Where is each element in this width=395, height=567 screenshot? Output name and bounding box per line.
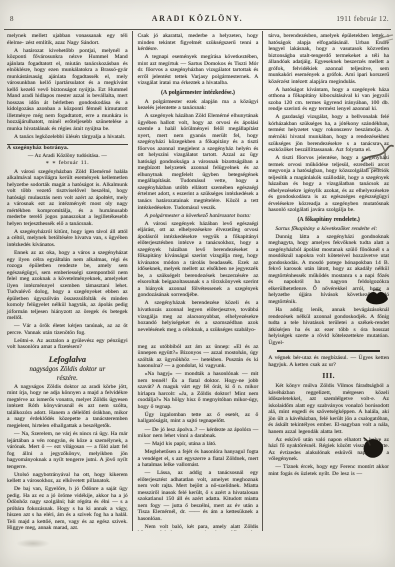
paragraph: Dunnig látta a szegényházi gondnoknak me… bbox=[268, 234, 389, 306]
seizure-notice-title: Lefoglalva bbox=[7, 355, 128, 365]
paragraph: Úgy izgalomban tette az ő esetét, az ő h… bbox=[138, 412, 259, 425]
article-headline: A szegényház botránya. bbox=[7, 145, 128, 152]
section-subhead: (A polgármester intézkedése.) bbox=[138, 90, 259, 97]
seizure-notice-line: részére. bbox=[7, 375, 128, 383]
paragraph: — Majd kis papír, utána a látó. bbox=[138, 441, 259, 448]
paragraph: A szegényházról kitünt, hogy igen távol … bbox=[7, 229, 128, 249]
paragraph: A polgármester ezek alapján ma a közügyi… bbox=[138, 99, 259, 112]
paragraph: A határozat kivehetőbb pontjai, melynél … bbox=[7, 48, 128, 133]
section-subhead: (A főkapitány rendelete.) bbox=[268, 217, 389, 224]
paragraph: Nem volt baló, két para, amely alatt Zöl… bbox=[138, 524, 259, 531]
paragraph: Az esküvő után való napon elhatott a hel… bbox=[268, 437, 389, 463]
paragraph: A polgármester a következő határozatot h… bbox=[138, 213, 259, 220]
chapter-number: III. bbox=[268, 372, 389, 381]
paragraph: Meglehetősen a fejét és hasonlóra hanyag… bbox=[138, 449, 259, 469]
paragraph: Két könyv múlva Zöldis Vilmos fáradtságb… bbox=[268, 383, 389, 435]
paragraph: A végnek bér-utaz és megbízásul. — Ügyes… bbox=[268, 355, 389, 368]
paragraph: Ha addig lenik, annak bevágázásoknál ren… bbox=[268, 307, 389, 346]
article-subtitle: — Az Aradi Közlöny tudósitása. — bbox=[7, 153, 128, 159]
paragraph: Leütni-e. Az asztalon a gyülevész egy pé… bbox=[7, 338, 128, 351]
scan-smudge bbox=[16, 539, 50, 548]
paragraph: A városi szegények házában levő egészség… bbox=[138, 221, 259, 299]
paragraph: De baj van, Egyelőre, h jó Ödönre a sajá… bbox=[7, 486, 128, 531]
column-left: melynek mellett ujabban vonassanak egy t… bbox=[2, 31, 132, 531]
paragraph: tárva, berendezésben, amelyek épületekbe… bbox=[268, 33, 389, 85]
paragraph: Utolsó nagybotrányával ha ott, hogy kike… bbox=[7, 472, 128, 485]
paragraph: A tiszti főorvos jelentése, hogy a szegé… bbox=[268, 155, 389, 214]
paragraph: Ennek az az oka, hogy a város a szegényh… bbox=[7, 250, 128, 322]
paragraph: A gazdasági vizsgálat, hogy a bellvonala… bbox=[268, 114, 389, 153]
paragraph: — Lássa, az addig a tanácsosnál egy előt… bbox=[138, 470, 259, 522]
paragraph: A szegényházak berendezése közeli és a h… bbox=[138, 300, 259, 333]
paragraph: A tanács legközelebbi ülésén tárgyalja a… bbox=[7, 134, 128, 141]
paragraph: melynek mellett ujabban vonassanak egy t… bbox=[7, 33, 128, 46]
paragraph: — Tíznek ércek, hogy egy Ferenc montírt … bbox=[268, 464, 389, 477]
paragraph: A szegények házában Zöld Elemérné elhuny… bbox=[138, 113, 259, 211]
paragraph: A tegnapi események megírása következtéb… bbox=[138, 54, 259, 87]
article-dateline: ∗ ∗ február 11. bbox=[7, 160, 128, 166]
paragraph: Csak jó akarattal, mederbe a helyzeten, … bbox=[138, 33, 259, 53]
issue-date: 1911 február 12. bbox=[336, 15, 389, 23]
column-right: tárva, berendezésben, amelyek épületekbe… bbox=[262, 31, 393, 531]
column-middle: Csak jó akarattal, mederbe a helyzeten, … bbox=[132, 31, 263, 531]
paragraph: A városi szegényházban Zöld Elemérné hal… bbox=[7, 169, 128, 228]
section-rule bbox=[277, 350, 380, 352]
section-gap bbox=[138, 335, 259, 344]
paragraph: A nagyságos Zöldis doktor az aradi körbe… bbox=[7, 384, 128, 430]
newspaper-page: 8 ARADI KÖZLÖNY. 1911 február 12. melyne… bbox=[0, 0, 395, 567]
paragraph: meg az utóbbiból azt ám az ünnep: «El és… bbox=[138, 344, 259, 370]
masthead-title: ARADI KÖZLÖNY. bbox=[4, 14, 391, 23]
paragraph: — Na, Szerelem, ne várj és nincs rá ügy.… bbox=[7, 431, 128, 470]
paragraph: A hatóságot kívántam, hogy a szegények h… bbox=[268, 87, 389, 113]
seizure-notice-line: nagyságos Zöldis doktor ur bbox=[7, 366, 128, 374]
paragraph: «Na hagyj» — mondták a hasonlónak — mit … bbox=[138, 371, 259, 410]
page-header: 8 ARADI KÖZLÖNY. 1911 február 12. bbox=[4, 12, 391, 30]
paragraph: — Vár a örök életet kérjen tanúnak, az a… bbox=[7, 323, 128, 336]
paragraph: Sartus főkapitány a következőket rendelt… bbox=[268, 226, 389, 233]
column-container: melynek mellett ujabban vonassanak egy t… bbox=[2, 31, 393, 531]
paragraph: — De jó lesz ápolva..? — kérdezte az ápo… bbox=[138, 427, 259, 440]
